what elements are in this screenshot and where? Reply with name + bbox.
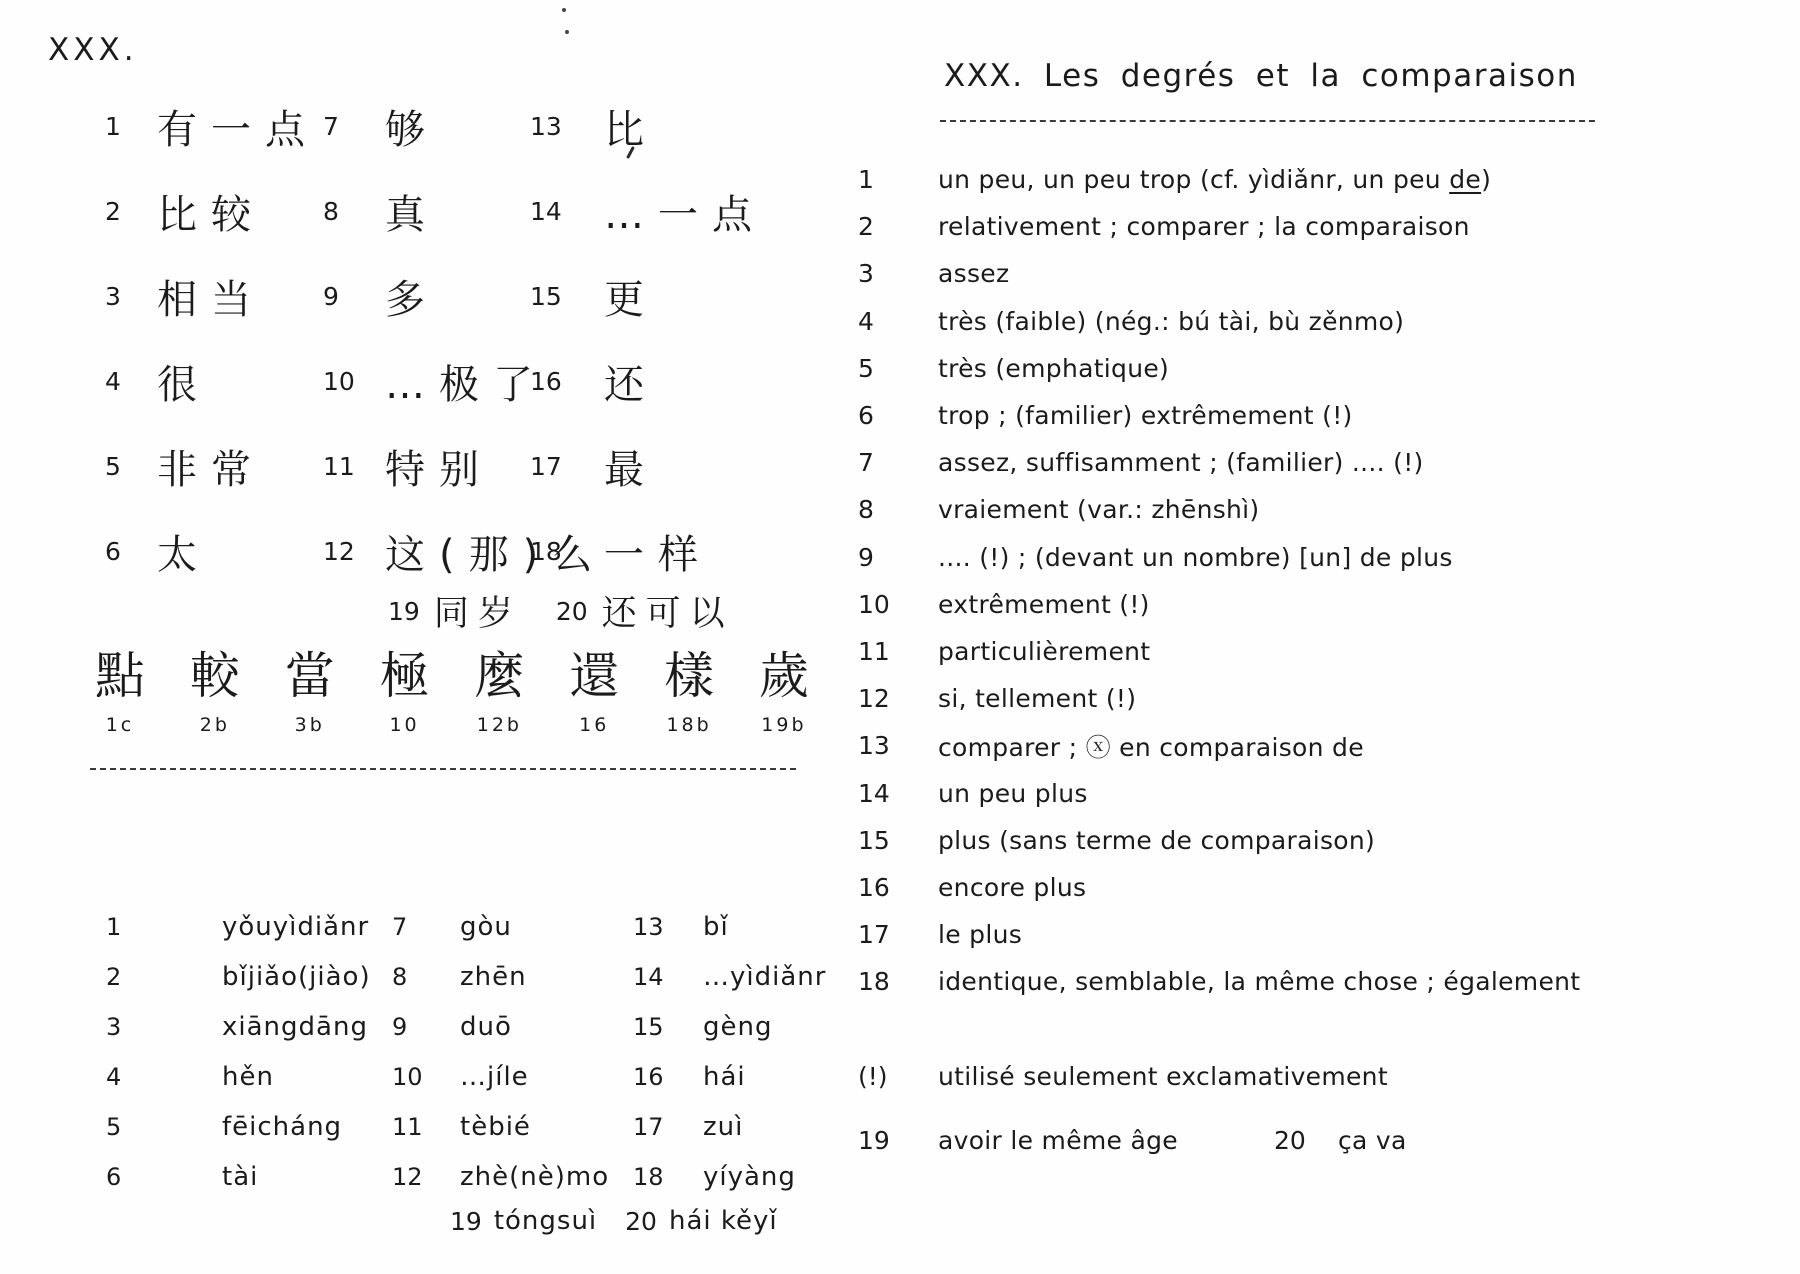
- traditional-character-ref: 2b: [200, 714, 230, 736]
- pinyin-item-number: 10: [392, 1063, 460, 1091]
- pinyin-item-text: gòu: [460, 912, 512, 942]
- translation-item-text: identique, semblable, la même chose ; ég…: [938, 967, 1580, 996]
- pinyin-item: 13bǐ: [633, 902, 826, 952]
- pinyin-item-number: 9: [392, 1013, 460, 1041]
- pinyin-item-number: 16: [633, 1063, 703, 1091]
- translation-item-number: 6: [858, 401, 938, 430]
- vocab-item-number: 14: [530, 197, 604, 226]
- pinyin-item-number: 18: [633, 1163, 703, 1191]
- vocab-item: 1有一点: [105, 84, 319, 169]
- scan-artifact-dot: [565, 30, 569, 34]
- vocab-item-number: 4: [105, 367, 157, 396]
- translation-item-text: plus (sans terme de comparaison): [938, 826, 1375, 855]
- traditional-character-ref: 19b: [761, 714, 806, 736]
- footnote-pair: 19avoir le même âge: [858, 1126, 1178, 1155]
- pinyin-item-number: 20: [625, 1207, 657, 1236]
- vocab-item: 16还: [530, 339, 766, 424]
- pinyin-item-text: xiāngdāng: [222, 1012, 368, 1042]
- translation-item-number: 18: [858, 967, 938, 996]
- pinyin-item-text: zhè(nè)mo: [460, 1162, 609, 1192]
- pinyin-item-text: hái kěyǐ: [669, 1206, 778, 1236]
- vocab-item-number: 15: [530, 282, 604, 311]
- section-number-heading: XXX.: [48, 32, 138, 68]
- pinyin-item-text: bǐjiǎo(jiào): [222, 962, 371, 992]
- translation-item-number: 9: [858, 543, 938, 572]
- translation-item-text: très (faible) (nég.: bú tài, bù zěnmo): [938, 307, 1404, 336]
- vocab-item: 15更: [530, 254, 766, 339]
- pinyin-item-text: hái: [703, 1062, 746, 1092]
- vocab-item-number: 19: [388, 597, 420, 626]
- translation-item: 12si, tellement (!): [858, 675, 1580, 722]
- traditional-character-cell: 當3b: [285, 646, 335, 736]
- translation-item-number: 3: [858, 259, 938, 288]
- pinyin-item-number: 8: [392, 963, 460, 991]
- footnote-text: ça va: [1338, 1126, 1407, 1155]
- pinyin-column: 13bǐ14…yìdiǎnr15gèng16hái17zuì18yíyàng: [633, 902, 826, 1202]
- pinyin-item-text: yíyàng: [703, 1162, 796, 1192]
- pinyin-item-number: 4: [106, 1063, 222, 1091]
- traditional-character-ref: 18b: [666, 714, 711, 736]
- vocab-item: 18一样: [530, 509, 766, 594]
- traditional-character-ref: 10: [389, 714, 419, 736]
- traditional-character: 極: [380, 646, 430, 706]
- pinyin-item-text: gèng: [703, 1012, 772, 1042]
- translation-item: 1un peu, un peu trop (cf. yìdiǎnr, un pe…: [858, 156, 1580, 203]
- pinyin-item: 6tài: [106, 1152, 371, 1202]
- vocab-item-number: 13: [530, 112, 604, 141]
- translation-item-text: très (emphatique): [938, 354, 1169, 383]
- vocab-item-number: 2: [105, 197, 157, 226]
- footnote-number: 20: [1274, 1126, 1338, 1155]
- vocab-item-hanzi: …一点: [604, 183, 766, 240]
- pinyin-item-number: 19: [450, 1207, 482, 1236]
- vocab-item: 13比: [530, 84, 766, 169]
- note-symbol: (!): [858, 1062, 938, 1091]
- vocab-item-hanzi: 有一点: [157, 98, 319, 155]
- underlined-word: de: [1449, 165, 1481, 194]
- translation-item-number: 4: [858, 307, 938, 336]
- translation-item-number: 11: [858, 637, 938, 666]
- translation-item-text: extrêmement (!): [938, 590, 1150, 619]
- vocab-item: 2比较: [105, 169, 319, 254]
- vocab-item-hanzi: 更: [604, 268, 658, 325]
- pinyin-item: 2bǐjiǎo(jiào): [106, 952, 371, 1002]
- note-text: utilisé seulement exclamativement: [938, 1062, 1388, 1091]
- divider-dashed-line: [90, 768, 796, 770]
- translation-item: 2relativement ; comparer ; la comparaiso…: [858, 203, 1580, 250]
- translation-item-number: 5: [858, 354, 938, 383]
- vocab-item: 4很: [105, 339, 319, 424]
- translation-item-text: assez: [938, 259, 1009, 288]
- pinyin-item: 15gèng: [633, 1002, 826, 1052]
- vocab-item: 3相当: [105, 254, 319, 339]
- vocab-item-hanzi: …极了: [385, 353, 547, 410]
- vocab-item-number: 12: [323, 537, 385, 566]
- traditional-character: 麼: [474, 646, 524, 706]
- translation-item-text: encore plus: [938, 873, 1086, 902]
- traditional-character-ref: 16: [579, 714, 609, 736]
- vocab-item-number: 7: [323, 112, 385, 141]
- translation-item-text: relativement ; comparer ; la comparaison: [938, 212, 1470, 241]
- vocab-item-hanzi: 相当: [157, 268, 265, 325]
- translation-item-number: 14: [858, 779, 938, 808]
- pinyin-item: 10…jíle: [392, 1052, 609, 1102]
- translation-item-number: 1: [858, 165, 938, 194]
- pinyin-item: 16hái: [633, 1052, 826, 1102]
- pinyin-item: 3xiāngdāng: [106, 1002, 371, 1052]
- traditional-character-cell: 樣18b: [664, 646, 714, 736]
- pinyin-item-text: tèbié: [460, 1112, 531, 1142]
- vocab-item: 20还可以: [556, 586, 734, 636]
- translation-item-number: 7: [858, 448, 938, 477]
- translation-list: 1un peu, un peu trop (cf. yìdiǎnr, un pe…: [858, 156, 1580, 1005]
- vocab-item-number: 5: [105, 452, 157, 481]
- translation-item-number: 16: [858, 873, 938, 902]
- translation-item: 11particulièrement: [858, 628, 1580, 675]
- exclamation-note: (!) utilisé seulement exclamativement: [858, 1062, 1388, 1091]
- traditional-character-ref: 1c: [106, 714, 135, 736]
- pinyin-item-number: 17: [633, 1113, 703, 1141]
- vocab-item-number: 18: [530, 537, 604, 566]
- vocab-item-hanzi: 特别: [385, 438, 493, 495]
- pinyin-item-number: 6: [106, 1163, 222, 1191]
- translation-item: 10extrêmement (!): [858, 581, 1580, 628]
- pinyin-item: 17zuì: [633, 1102, 826, 1152]
- translation-item-text: le plus: [938, 920, 1022, 949]
- page-title: XXX. Les degrés et la comparaison: [944, 58, 1578, 94]
- vocab-item: 19同岁: [388, 586, 522, 636]
- text-part: ): [1481, 165, 1491, 194]
- vocab-item-hanzi: 非常: [157, 438, 265, 495]
- vocab-item-hanzi: 同岁: [434, 586, 522, 636]
- vocab-item-number: 9: [323, 282, 385, 311]
- pinyin-item-number: 15: [633, 1013, 703, 1041]
- vocab-item-number: 1: [105, 112, 157, 141]
- vocab-item-hanzi: 多: [385, 268, 439, 325]
- vocab-item-hanzi: 最: [604, 438, 658, 495]
- vocab-item-number: 8: [323, 197, 385, 226]
- footnote-pair: 20ça va: [1274, 1126, 1407, 1155]
- translation-item-text: si, tellement (!): [938, 684, 1136, 713]
- traditional-character-cell: 麼12b: [474, 646, 524, 736]
- translation-item-text: .... (!) ; (devant un nombre) [un] de pl…: [938, 543, 1453, 572]
- translation-item: 9.... (!) ; (devant un nombre) [un] de p…: [858, 534, 1580, 581]
- pinyin-item-number: 3: [106, 1013, 222, 1041]
- vocab-item-hanzi: 很: [157, 353, 211, 410]
- translation-item-text: un peu, un peu trop (cf. yìdiǎnr, un peu…: [938, 165, 1491, 194]
- pinyin-item-number: 12: [392, 1163, 460, 1191]
- translation-item: 16encore plus: [858, 864, 1580, 911]
- traditional-character-cell: 極10: [380, 646, 430, 736]
- pinyin-item-number: 13: [633, 913, 703, 941]
- vocab-item-hanzi: 够: [385, 98, 439, 155]
- vocab-item-number: 17: [530, 452, 604, 481]
- pinyin-item-text: fēicháng: [222, 1112, 342, 1142]
- pinyin-item-text: yǒuyìdiǎnr: [222, 912, 369, 942]
- translation-item: 13comparer ; ⓧ en comparaison de: [858, 722, 1580, 769]
- pinyin-item: 9duō: [392, 1002, 609, 1052]
- pinyin-item-text: tóngsuì: [494, 1206, 597, 1236]
- translation-item-text: trop ; (familier) extrêmement (!): [938, 401, 1353, 430]
- translation-item-number: 12: [858, 684, 938, 713]
- translation-item-text: assez, suffisamment ; (familier) .... (!…: [938, 448, 1424, 477]
- vocab-item-hanzi: 真: [385, 183, 439, 240]
- pinyin-item: 12zhè(nè)mo: [392, 1152, 609, 1202]
- vocab-item: 14…一点: [530, 169, 766, 254]
- traditional-characters-row: 點1c較2b當3b極10麼12b還16樣18b歲19b: [95, 646, 809, 736]
- traditional-character: 點: [95, 646, 145, 706]
- footnote-number: 19: [858, 1126, 938, 1155]
- translation-item: 17le plus: [858, 911, 1580, 958]
- pinyin-extra-row: 19tóngsuì20hái kěyǐ: [450, 1206, 778, 1236]
- pinyin-item-text: …jíle: [460, 1062, 529, 1092]
- traditional-character-cell: 較2b: [190, 646, 240, 736]
- traditional-character-ref: 12b: [477, 714, 522, 736]
- pinyin-column: 7gòu8zhēn9duō10…jíle11tèbié12zhè(nè)mo: [392, 902, 609, 1202]
- scanned-notebook-page: { "colors": { "paper": "#fefefe", "ink":…: [0, 0, 1800, 1274]
- translation-item: 5très (emphatique): [858, 345, 1580, 392]
- pinyin-item-text: hěn: [222, 1062, 274, 1092]
- translation-item-number: 8: [858, 495, 938, 524]
- pinyin-column: 1yǒuyìdiǎnr2bǐjiǎo(jiào)3xiāngdāng4hěn5f…: [106, 902, 371, 1202]
- vocab-item: 17最: [530, 424, 766, 509]
- pinyin-item-number: 1: [106, 913, 222, 941]
- vocab-item-number: 16: [530, 367, 604, 396]
- pinyin-item: 8zhēn: [392, 952, 609, 1002]
- pinyin-item-number: 2: [106, 963, 222, 991]
- pinyin-item: 5fēicháng: [106, 1102, 371, 1152]
- pinyin-item: 18yíyàng: [633, 1152, 826, 1202]
- translation-item: 14un peu plus: [858, 769, 1580, 816]
- vocab-item-hanzi: 还: [604, 353, 658, 410]
- vocab-item-hanzi: 比较: [157, 183, 265, 240]
- traditional-character: 樣: [664, 646, 714, 706]
- traditional-character-cell: 還16: [569, 646, 619, 736]
- pinyin-item-text: tài: [222, 1162, 258, 1192]
- vocab-item: 5非常: [105, 424, 319, 509]
- vocab-item-number: 6: [105, 537, 157, 566]
- translation-item: 15plus (sans terme de comparaison): [858, 817, 1580, 864]
- pinyin-item-text: zhēn: [460, 962, 527, 992]
- translation-item: 8vraiement (var.: zhēnshì): [858, 486, 1580, 533]
- vocab-item-number: 11: [323, 452, 385, 481]
- title-underline: [940, 120, 1595, 122]
- pinyin-item-text: …yìdiǎnr: [703, 962, 826, 992]
- vocab-item-hanzi: 太: [157, 523, 211, 580]
- translation-item: 3assez: [858, 250, 1580, 297]
- vocab-extra-row: 19同岁20还可以: [388, 586, 734, 636]
- pinyin-item: 14…yìdiǎnr: [633, 952, 826, 1002]
- pinyin-item: 11tèbié: [392, 1102, 609, 1152]
- pinyin-item: 19tóngsuì: [450, 1206, 597, 1236]
- translation-item: 7assez, suffisamment ; (familier) .... (…: [858, 439, 1580, 486]
- translation-item-number: 13: [858, 731, 938, 760]
- pinyin-item-number: 14: [633, 963, 703, 991]
- vocab-column: 1有一点2比较3相当4很5非常6太: [105, 84, 319, 594]
- vocab-item: 6太: [105, 509, 319, 594]
- scan-artifact-dot: [562, 8, 566, 12]
- vocab-item-hanzi: 一样: [604, 523, 712, 580]
- pinyin-item-text: bǐ: [703, 912, 729, 942]
- vocab-item-number: 20: [556, 597, 588, 626]
- traditional-character-cell: 點1c: [95, 646, 145, 736]
- pinyin-item-number: 7: [392, 913, 460, 941]
- vocab-item-number: 3: [105, 282, 157, 311]
- pinyin-item: 20hái kěyǐ: [625, 1206, 777, 1236]
- vocab-item-number: 10: [323, 367, 385, 396]
- vocab-item-hanzi: 还可以: [602, 586, 734, 636]
- footnote-row: 19avoir le même âge20ça va: [858, 1126, 1407, 1155]
- pinyin-item: 4hěn: [106, 1052, 371, 1102]
- translation-item-number: 2: [858, 212, 938, 241]
- pinyin-item-text: duō: [460, 1012, 512, 1042]
- pinyin-item: 7gòu: [392, 902, 609, 952]
- translation-item-text: comparer ; ⓧ en comparaison de: [938, 728, 1364, 764]
- translation-item-text: particulièrement: [938, 637, 1150, 666]
- traditional-character: 歲: [759, 646, 809, 706]
- translation-item-number: 15: [858, 826, 938, 855]
- footnote-text: avoir le même âge: [938, 1126, 1178, 1155]
- text-part: un peu, un peu trop (cf. yìdiǎnr, un peu: [938, 165, 1449, 194]
- traditional-character: 當: [285, 646, 335, 706]
- translation-item: 18identique, semblable, la même chose ; …: [858, 958, 1580, 1005]
- pinyin-item-number: 11: [392, 1113, 460, 1141]
- pinyin-item: 1yǒuyìdiǎnr: [106, 902, 371, 952]
- translation-item-number: 10: [858, 590, 938, 619]
- pinyin-item-number: 5: [106, 1113, 222, 1141]
- traditional-character: 較: [190, 646, 240, 706]
- translation-item: 4très (faible) (nég.: bú tài, bù zěnmo): [858, 298, 1580, 345]
- traditional-character-ref: 3b: [295, 714, 325, 736]
- traditional-character: 還: [569, 646, 619, 706]
- translation-item-text: vraiement (var.: zhēnshì): [938, 495, 1259, 524]
- traditional-character-cell: 歲19b: [759, 646, 809, 736]
- translation-item-text: un peu plus: [938, 779, 1088, 808]
- vocab-column: 13比14…一点15更16还17最18一样: [530, 84, 766, 594]
- translation-item: 6trop ; (familier) extrêmement (!): [858, 392, 1580, 439]
- translation-item-number: 17: [858, 920, 938, 949]
- pinyin-item-text: zuì: [703, 1112, 743, 1142]
